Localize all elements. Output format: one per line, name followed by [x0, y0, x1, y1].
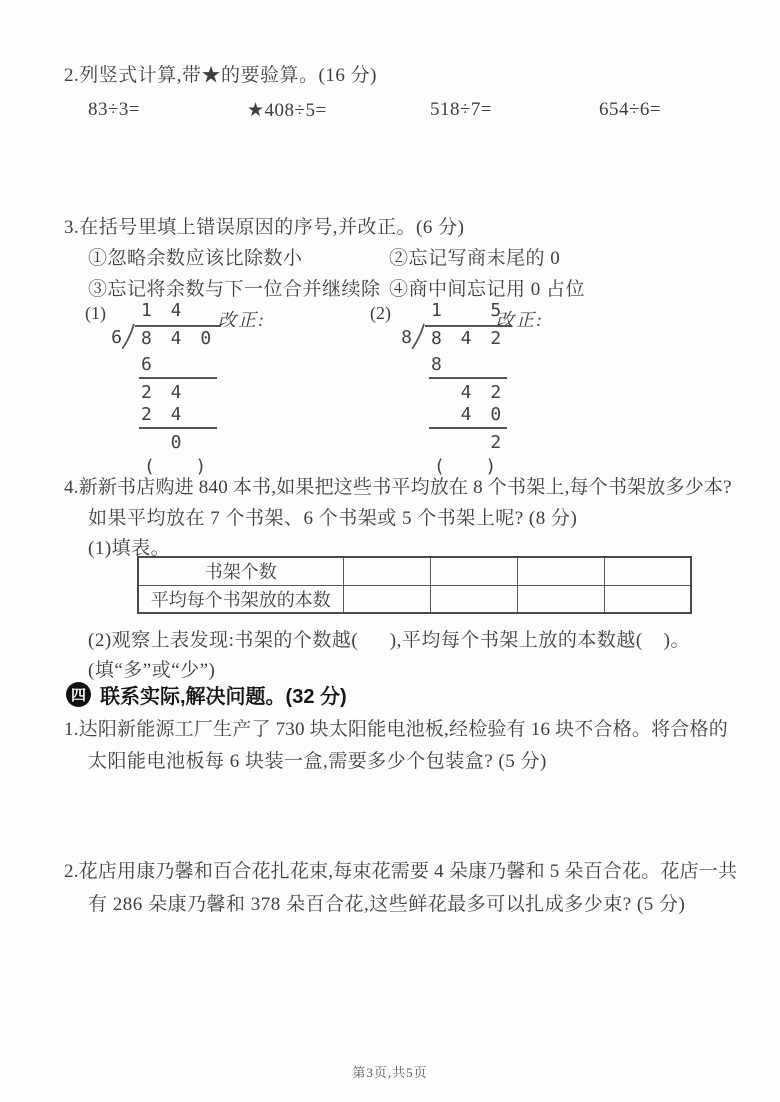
- division1-step: 0: [141, 432, 221, 454]
- table-blank-cell: [604, 557, 691, 585]
- q4-fill-table: 书架个数 平均每个书架放的本数: [137, 556, 692, 614]
- q2-problem-2: ★408÷5=: [247, 99, 327, 122]
- s4q2-line2: 有 286 朵康乃馨和 378 朵百合花,这些鲜花最多可以扎成多少束? (5 分…: [88, 889, 685, 916]
- division1-dividend: 8 4 0: [135, 325, 221, 349]
- table-blank-cell: [517, 585, 604, 613]
- q4-sub2-line1: (2)观察上表发现:书架的个数越( ),平均每个书架上放的本数越( )。: [88, 625, 690, 652]
- table-row-label: 平均每个书架放的本数: [138, 585, 343, 613]
- q4-text-line2: 如果平均放在 7 个书架、6 个书架或 5 个书架上呢? (8 分): [88, 503, 577, 530]
- s4q1-line1: 1.达阳新能源工厂生产了 730 块太阳能电池板,经检验有 16 块不合格。将合…: [64, 714, 728, 741]
- page-number: 第3页,共5页: [0, 1062, 780, 1081]
- table-row: 书架个数: [138, 557, 691, 585]
- table-blank-cell: [343, 557, 430, 585]
- table-row-label: 书架个数: [138, 557, 343, 585]
- q3-reason-4: ④商中间忘记用 0 占位: [389, 274, 585, 301]
- division-bracket-icon: [122, 323, 135, 349]
- q3-item1-label: (1): [85, 303, 106, 324]
- s4q2-line1: 2.花店用康乃馨和百合花扎花束,每束花需要 4 朵康乃馨和 5 朵百合花。花店一…: [64, 856, 737, 883]
- q3-reason-1: ①忽略余数应该比除数小: [88, 243, 303, 270]
- section4-title: 联系实际,解决问题。(32 分): [100, 680, 347, 709]
- section4-header: 四 联系实际,解决问题。(32 分): [66, 680, 347, 709]
- q3-item2-correct-label: 改正:: [496, 306, 544, 332]
- division2-rule: [429, 427, 507, 429]
- long-division-1: 1 4 6 8 4 0 6 2 4 2 4 0 ( ): [106, 300, 221, 477]
- division2-divisor: 8: [396, 327, 412, 349]
- table-blank-cell: [604, 585, 691, 613]
- q4-text-line1: 4.新新书店购进 840 本书,如果把这些书平均放在 8 个书架上,每个书架放多…: [64, 472, 732, 499]
- q3-item1-correct-label: 改正:: [218, 306, 266, 332]
- s4q1-line2: 太阳能电池板每 6 块装一盒,需要多少个包装盒? (5 分): [88, 746, 547, 773]
- division2-step: 4 2: [431, 382, 511, 404]
- division2-rule: [429, 377, 507, 379]
- table-blank-cell: [343, 585, 430, 613]
- division1-quotient: 1 4: [141, 300, 221, 323]
- table-row: 平均每个书架放的本数: [138, 585, 691, 613]
- division1-step: 6: [141, 354, 221, 376]
- long-division-2: 1 5 8 8 4 2 8 4 2 4 0 2 ( ): [396, 300, 511, 477]
- division1-divisor: 6: [106, 327, 122, 349]
- division1-rule: [139, 427, 217, 429]
- division2-step: 8: [431, 354, 511, 376]
- q2-header: 2.列竖式计算,带★的要验算。(16 分): [64, 60, 377, 87]
- table-blank-cell: [430, 557, 517, 585]
- table-blank-cell: [517, 557, 604, 585]
- worksheet-page: 2.列竖式计算,带★的要验算。(16 分) 83÷3= ★408÷5= 518÷…: [0, 0, 780, 1102]
- q2-problem-4: 654÷6=: [599, 99, 661, 121]
- q3-reason-2: ②忘记写商末尾的 0: [389, 243, 560, 270]
- division-bracket-icon: [412, 323, 425, 349]
- q3-header: 3.在括号里填上错误原因的序号,并改正。(6 分): [64, 212, 464, 239]
- division1-step: 2 4: [141, 404, 221, 426]
- q2-problem-1: 83÷3=: [88, 99, 140, 121]
- division1-step: 2 4: [141, 382, 221, 404]
- division2-step: 4 0: [431, 404, 511, 426]
- section4-badge: 四: [66, 682, 91, 707]
- q4-sub2-line2: (填“多”或“少”): [88, 655, 215, 682]
- q2-problem-3: 518÷7=: [430, 99, 492, 121]
- table-blank-cell: [430, 585, 517, 613]
- q3-item2-label: (2): [370, 303, 391, 324]
- division1-rule: [139, 377, 217, 379]
- division2-step: 2: [431, 432, 511, 454]
- q3-reason-3: ③忘记将余数与下一位合并继续除: [88, 274, 381, 301]
